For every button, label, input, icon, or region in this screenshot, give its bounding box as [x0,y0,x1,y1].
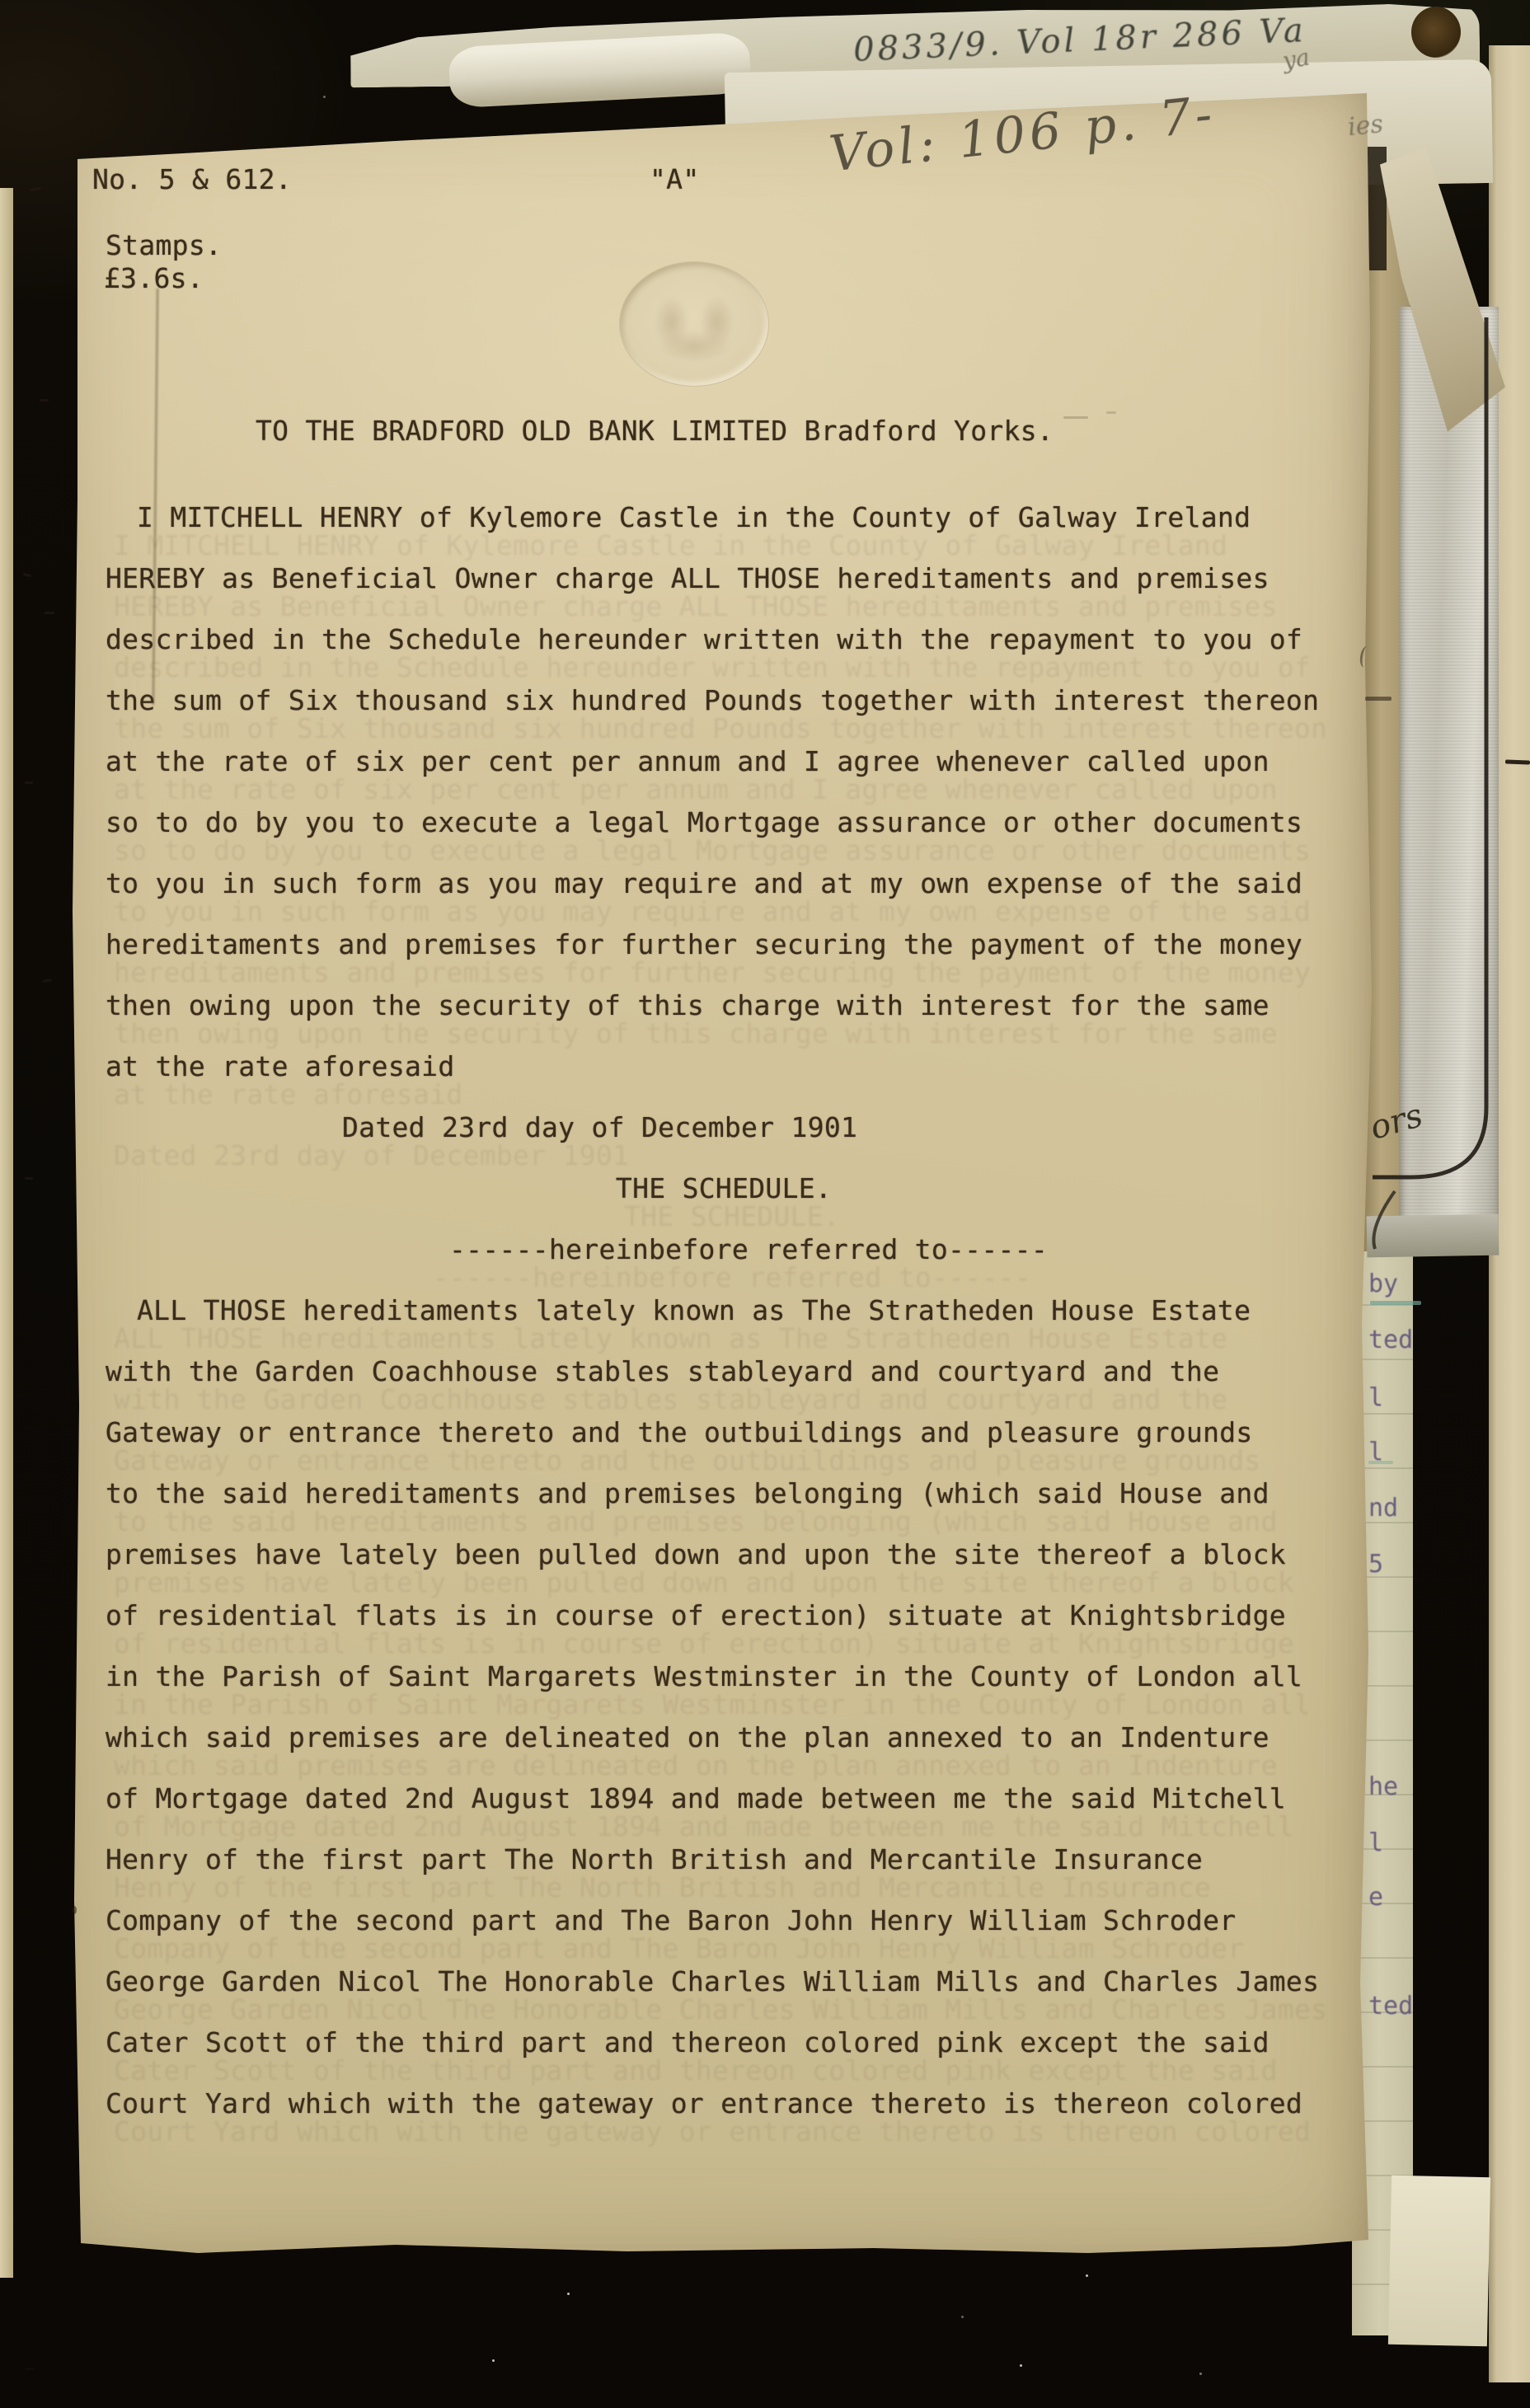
facing-page-sliver [0,188,13,2278]
body-lines: I MITCHELL HENRY of Kylemore Castle in t… [106,501,1342,2148]
typed-line: Henry of the first part The North Britis… [106,1843,1342,1904]
dust-speck [323,96,326,98]
adjacent-page-fragments: bytedllnd5heleted [1368,0,1434,2408]
teal-underline-mark [1370,1301,1421,1305]
typed-line: to you in such form as you may require a… [106,867,1342,928]
archive-photo-scene: No. 5 & 612. "A" Stamps. £3.6s. TO THE B… [0,0,1530,2408]
typed-line: George Garden Nicol The Honorable Charle… [106,1965,1342,2026]
exhibit-letter: "A" [650,163,700,195]
typed-line: of residential flats is in course of ere… [106,1599,1342,1660]
typed-line: then owing upon the security of this cha… [106,989,1342,1050]
typed-line: I MITCHELL HENRY of Kylemore Castle in t… [106,501,1342,562]
typed-line: Dated 23rd day of December 1901Dated 23r… [106,1111,1342,1172]
adjacent-page-text-fragment: nd [1368,1494,1398,1523]
adjacent-page-text-fragment: e [1368,1883,1383,1912]
typed-line: ------hereinbefore referred to----------… [106,1233,1342,1294]
typed-line: Gateway or entrance thereto and the outb… [106,1416,1342,1477]
stamps-label: Stamps. [106,229,222,261]
typed-line: at the rate of six per cent per annum an… [106,745,1342,806]
adjacent-page-text-fragment: l [1368,1828,1383,1857]
typed-line: of Mortgage dated 2nd August 1894 and ma… [106,1782,1342,1843]
edge-scribble-handwriting: ya [1280,43,1312,74]
margin-tick [73,1906,77,1914]
adjacent-page-text-fragment: ted [1368,1326,1413,1354]
typed-line: Court Yard which with the gateway or ent… [106,2087,1342,2148]
typed-line: with the Garden Coachhouse stables stabl… [106,1355,1342,1416]
teal-underline-mark [1368,1461,1393,1464]
addressee-line: TO THE BRADFORD OLD BANK LIMITED Bradfor… [256,415,1054,447]
faint-dash-mark [1106,411,1116,414]
typed-line: Company of the second part and The Baron… [106,1904,1342,1965]
typed-line: in the Parish of Saint Margarets Westmin… [106,1660,1342,1721]
margin-tick [30,187,41,192]
typed-line: Cater Scott of the third part and thereo… [106,2026,1342,2087]
document-number: No. 5 & 612. [92,163,292,195]
stray-dash-mark [1505,759,1530,764]
adjacent-page-text-fragment: ted [1368,1992,1413,2021]
margin-tick [25,2368,35,2370]
document-page: No. 5 & 612. "A" Stamps. £3.6s. TO THE B… [49,87,1372,2267]
adjacent-page-text-fragment: l [1368,1383,1383,1412]
dust-speck [567,2293,570,2295]
typed-line: hereditaments and premises for further s… [106,928,1342,989]
typed-line: THE SCHEDULE.THE SCHEDULE. [106,1172,1342,1233]
dust-speck [1086,2274,1088,2277]
adjacent-page-text-fragment: he [1368,1772,1398,1801]
typed-line: which said premises are delineated on th… [106,1721,1342,1782]
embossed-seal-icon [620,262,768,386]
dust-speck [1199,2373,1202,2375]
dust-speck [961,2316,964,2318]
faint-dash-mark [1063,416,1088,419]
adjacent-page-text-fragment: 5 [1368,1550,1383,1579]
seal-coat-of-arms [643,280,745,361]
typed-line: ALL THOSE hereditaments lately known as … [106,1294,1342,1355]
margin-tick [43,979,52,983]
stray-dash-mark [1365,697,1392,701]
dust-speck [492,2359,495,2362]
typed-line: the sum of Six thousand six hundred Poun… [106,684,1342,745]
typed-line: at the rate aforesaidat the rate aforesa… [106,1050,1342,1111]
typed-line: to the said hereditaments and premises b… [106,1477,1342,1538]
stamps-value: £3.6s. [104,262,204,294]
margin-tick [40,399,49,401]
margin-tick [25,782,33,784]
typed-line: premises have lately been pulled down an… [106,1538,1342,1599]
typed-line: so to do by you to execute a legal Mortg… [106,806,1342,867]
margin-tick [45,612,54,614]
margin-tick [25,1177,33,1180]
typed-line: HEREBY as Beneficial Owner charge ALL TH… [106,562,1342,623]
dust-speck [1020,2364,1022,2367]
margin-tick [23,573,31,577]
adjacent-page-text-fragment: by [1368,1270,1398,1298]
typed-line: described in the Schedule hereunder writ… [106,623,1342,684]
